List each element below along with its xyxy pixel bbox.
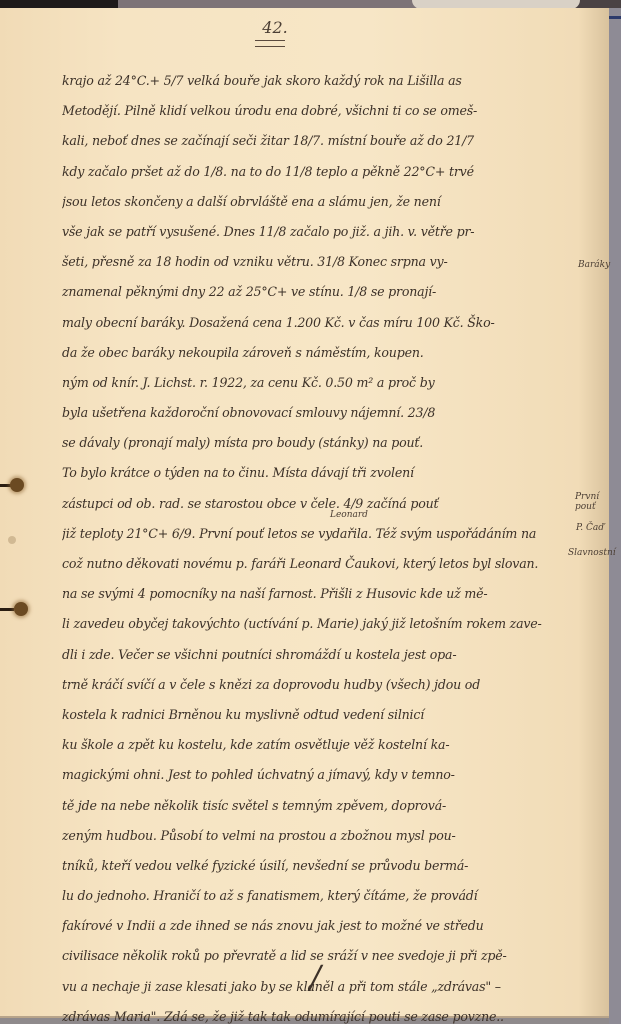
text-line: vu a nechaje ji zase klesati jako by se … [62,972,582,1002]
margin-note: Slavnostní [568,548,608,558]
scan-top-border [0,0,621,8]
text-line: znamenal pěknými dny 22 až 25°C+ ve stín… [62,277,582,307]
text-line: maly obecní baráky. Dosažená cena 1.200 … [62,308,582,338]
text-line: tě jde na nebe několik tisíc světel s te… [62,791,582,821]
margin-note: Leonard [330,510,368,520]
text-line: trně kráčí svíčí a v čele s knězi za dop… [62,670,582,700]
scan-dark-edge [0,0,118,8]
handwritten-text: krajo až 24°C.+ 5/7 velká bouře jak skor… [62,66,582,1024]
text-line: da že obec baráky nekoupila zároveň s ná… [62,338,582,368]
binding-hole-top [10,478,24,492]
text-line: zeným hudbou. Působí to velmi na prostou… [62,821,582,851]
margin-note: První pouť [575,492,605,512]
text-line: krajo až 24°C.+ 5/7 velká bouře jak skor… [62,66,582,96]
scan-blue-mark [609,16,621,19]
text-line: li zavedeu obyčej takovýchto (uctívání p… [62,609,582,639]
text-line: ku škole a zpět ku kostelu, kde zatím os… [62,730,582,760]
text-line: zdrávas Maria". Zdá se, že již tak tak o… [62,1002,582,1024]
text-line: Metodějí. Pilně klidí velkou úrodu ena d… [62,96,582,126]
text-line: kdy začalo pršet až do 1/8. na to do 11/… [62,157,582,187]
text-line: fakírové v Indii a zde ihned se nás znov… [62,911,582,941]
text-line: vše jak se patří vysušené. Dnes 11/8 zač… [62,217,582,247]
text-line: lu do jednoho. Hraničí to až s fanatisme… [62,881,582,911]
text-line: dli i zde. Večer se všichni poutníci shr… [62,640,582,670]
text-line: magickými ohni. Jest to pohled úchvatný … [62,760,582,790]
text-line: tníků, kteří vedou velké fyzické úsilí, … [62,851,582,881]
paper-stain [8,536,16,544]
text-line: civilisace několik roků po převratě a li… [62,941,582,971]
text-line: se dávaly (pronají maly) místa pro boudy… [62,428,582,458]
margin-note: Baráky [578,260,610,270]
text-line: byla ušetřena každoroční obnovovací smlo… [62,398,582,428]
chronicle-page: 42. krajo až 24°C.+ 5/7 velká bouře jak … [0,8,609,1018]
text-line: již teploty 21°C+ 6/9. První pouť letos … [62,519,582,549]
text-line: jsou letos skončeny a další obrvláště en… [62,187,582,217]
text-line: šeti, přesně za 18 hodin od vzniku větru… [62,247,582,277]
text-line: zástupci od ob. rad. se starostou obce v… [62,489,582,519]
binding-hole-bottom [14,602,28,616]
closing-mark: / [310,958,321,996]
text-line: na se svými 4 pomocníky na naší farnost.… [62,579,582,609]
margin-note: P. Čaď [576,523,604,533]
text-line: ným od knír. J. Lichst. r. 1922, za cenu… [62,368,582,398]
text-line: což nutno děkovati novému p. faráři Leon… [62,549,582,579]
page-number-underline [255,40,285,47]
text-line: kali, neboť dnes se začínají seči žitar … [62,126,582,156]
binding-string [0,608,14,611]
text-line: kostela k radnici Brněnou ku myslivně od… [62,700,582,730]
page-number: 42. [255,18,295,37]
scan-grey-edge [118,0,418,8]
text-line: To bylo krátce o týden na to činu. Místa… [62,458,582,488]
scan-right-border [609,8,621,1024]
